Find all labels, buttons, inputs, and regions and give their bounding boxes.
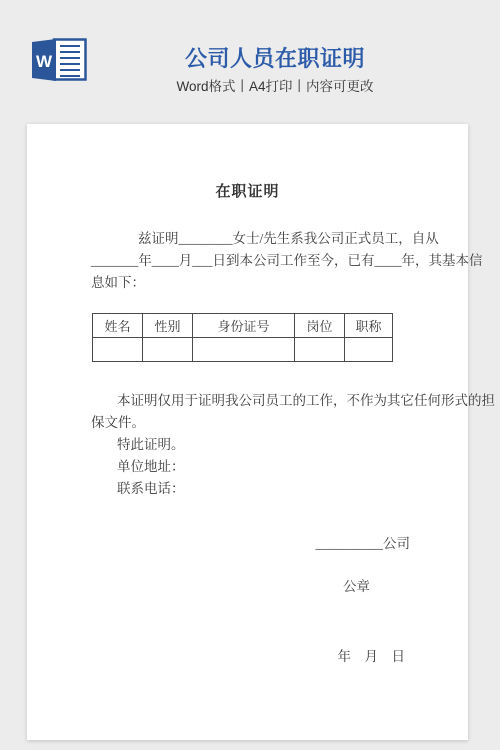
col-header-title: 职称	[345, 314, 393, 338]
contact-phone-line: 联系电话：	[91, 478, 441, 500]
closing-line: 保文件。	[91, 412, 441, 434]
document-page: 在职证明 兹证明________女士/先生系我公司正式员工，自从 _______…	[27, 124, 468, 740]
closing-line: 特此证明。	[91, 434, 441, 456]
page-subtitle: Word格式丨A4打印丨内容可更改	[176, 75, 373, 95]
signature-seal-label: 公章	[343, 575, 370, 595]
document-title: 在职证明	[27, 180, 468, 201]
signature-company-line: __________公司	[316, 532, 411, 552]
table-cell	[93, 338, 143, 362]
page-title: 公司人员在职证明	[185, 42, 365, 73]
table-cell	[295, 338, 345, 362]
table-cell	[193, 338, 295, 362]
table-cell	[143, 338, 193, 362]
col-header-name: 姓名	[93, 314, 143, 338]
intro-line: _______年____月___日到本公司工作至今，已有____年，其基本信	[91, 250, 441, 272]
signature-date-line: 年 月 日	[338, 645, 406, 665]
intro-line: 息如下：	[91, 272, 441, 294]
col-header-post: 岗位	[295, 314, 345, 338]
table-cell	[345, 338, 393, 362]
col-header-id: 身份证号	[193, 314, 295, 338]
word-document-icon: W	[30, 38, 88, 82]
intro-paragraph: 兹证明________女士/先生系我公司正式员工，自从 _______年____…	[91, 228, 441, 294]
table-header-row: 姓名 性别 身份证号 岗位 职称	[93, 314, 393, 338]
closing-line: 本证明仅用于证明我公司员工的工作，不作为其它任何形式的担	[91, 390, 441, 412]
svg-text:W: W	[36, 52, 53, 71]
intro-line: 兹证明________女士/先生系我公司正式员工，自从	[91, 228, 441, 250]
employee-info-table: 姓名 性别 身份证号 岗位 职称	[92, 313, 393, 362]
col-header-gender: 性别	[143, 314, 193, 338]
closing-paragraph: 本证明仅用于证明我公司员工的工作，不作为其它任何形式的担 保文件。 特此证明。 …	[91, 390, 441, 500]
unit-address-line: 单位地址：	[91, 456, 441, 478]
table-empty-row	[93, 338, 393, 362]
